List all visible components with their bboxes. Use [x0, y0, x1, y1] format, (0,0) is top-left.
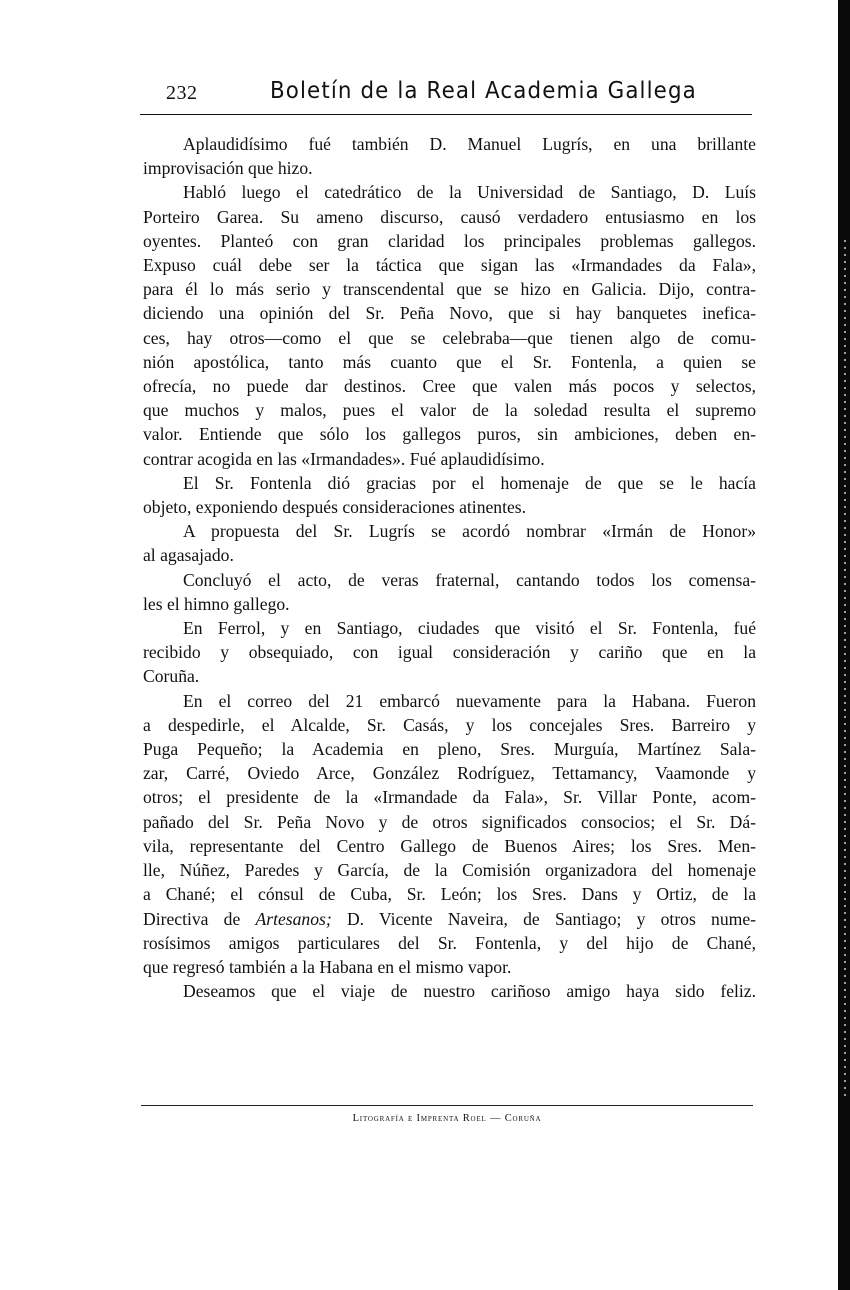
text-line: lle, Núñez, Paredes y García, de la Comi…	[143, 858, 756, 882]
text-line: pañado del Sr. Peña Novo y de otros sign…	[143, 810, 756, 834]
text-line: El Sr. Fontenla dió gracias por el homen…	[143, 471, 756, 495]
text-line: Coruña.	[143, 664, 756, 688]
text-line: Concluyó el acto, de veras fraternal, ca…	[143, 568, 756, 592]
scan-edge-shadow	[838, 0, 850, 1290]
document-page: 232 Boletín de la Real Academia Gallega …	[0, 0, 850, 1290]
text-line: En el correo del 21 embarcó nuevamente p…	[143, 689, 756, 713]
text-line: otros; el presidente de la «Irmandade da…	[143, 785, 756, 809]
text-line: vila, representante del Centro Gallego d…	[143, 834, 756, 858]
italic-publication-name: Artesanos;	[256, 909, 332, 929]
text-line: Puga Pequeño; la Academia en pleno, Sres…	[143, 737, 756, 761]
text-line: que muchos y malos, pues el valor de la …	[143, 398, 756, 422]
text-segment: Directiva de	[143, 909, 256, 929]
text-line: nión apostólica, tanto más cuanto que el…	[143, 350, 756, 374]
text-line: al agasajado.	[143, 543, 756, 567]
text-line: Directiva de Artesanos; D. Vicente Navei…	[143, 907, 756, 931]
text-line: a despedirle, el Alcalde, Sr. Casás, y l…	[143, 713, 756, 737]
footer-rule	[141, 1105, 753, 1106]
text-line: objeto, exponiendo después consideracion…	[143, 495, 756, 519]
text-line: Habló luego el catedrático de la Univers…	[143, 180, 756, 204]
body-text: Aplaudidísimo fué también D. Manuel Lugr…	[143, 132, 756, 1003]
text-line: a Chané; el cónsul de Cuba, Sr. León; lo…	[143, 882, 756, 906]
text-line: que regresó también a la Habana en el mi…	[143, 955, 756, 979]
text-line: les el himno gallego.	[143, 592, 756, 616]
journal-title: Boletín de la Real Academia Gallega	[270, 78, 697, 104]
text-line: rosísimos amigos particulares del Sr. Fo…	[143, 931, 756, 955]
text-line: Aplaudidísimo fué también D. Manuel Lugr…	[143, 132, 756, 156]
page-number: 232	[166, 82, 198, 105]
text-line: ces, hay otros—como el que se celebraba—…	[143, 326, 756, 350]
text-line: En Ferrol, y en Santiago, ciudades que v…	[143, 616, 756, 640]
text-line: Expuso cuál debe ser la táctica que siga…	[143, 253, 756, 277]
text-line: Porteiro Garea. Su ameno discurso, causó…	[143, 205, 756, 229]
printer-colophon: Litografía e Imprenta Roel — Coruña	[141, 1113, 753, 1124]
text-line: zar, Carré, Oviedo Arce, González Rodríg…	[143, 761, 756, 785]
text-line: ofrecía, no puede dar destinos. Cree que…	[143, 374, 756, 398]
text-line: contrar acogida en las «Irmandades». Fué…	[143, 447, 756, 471]
text-line: A propuesta del Sr. Lugrís se acordó nom…	[143, 519, 756, 543]
text-line: valor. Entiende que sólo los gallegos pu…	[143, 422, 756, 446]
text-segment: D. Vicente Naveira, de Santiago; y otros…	[332, 909, 756, 929]
scan-edge-noise	[844, 240, 846, 1100]
text-line: diciendo una opinión del Sr. Peña Novo, …	[143, 301, 756, 325]
text-line: para él lo más serio y transcendental qu…	[143, 277, 756, 301]
text-line: recibido y obsequiado, con igual conside…	[143, 640, 756, 664]
text-line: oyentes. Planteó con gran claridad los p…	[143, 229, 756, 253]
text-line: improvisación que hizo.	[143, 156, 756, 180]
running-head: 232 Boletín de la Real Academia Gallega	[140, 78, 752, 115]
text-line: Deseamos que el viaje de nuestro cariños…	[143, 979, 756, 1003]
